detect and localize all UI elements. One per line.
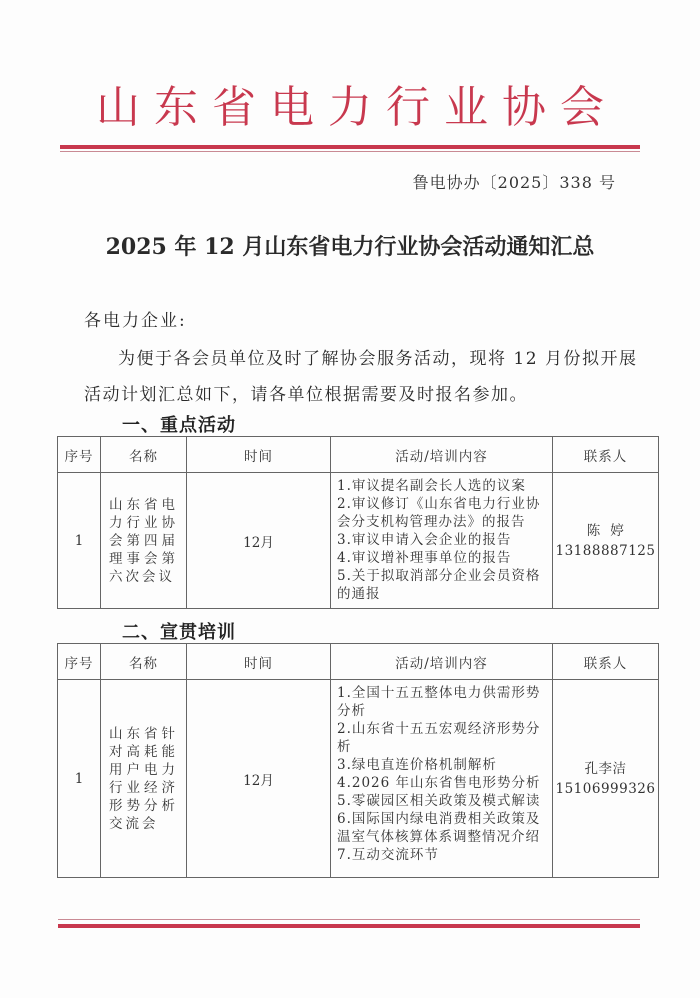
intro-paragraph: 为便于各会员单位及时了解协会服务活动，现将 12 月份拟开展活动计划汇总如下，请… [84,341,644,413]
content-item: 3.审议申请入会企业的报告 [337,531,546,549]
content-item: 4.2026 年山东省售电形势分析 [337,774,546,792]
row-time: 12月 [187,473,331,609]
contact-name: 孔李洁 [553,759,658,779]
table-header-row: 序号 名称 时间 活动/培训内容 联系人 [58,437,659,473]
content-item: 5.零碳园区相关政策及模式解读 [337,792,546,810]
table-header-row: 序号 名称 时间 活动/培训内容 联系人 [58,644,659,680]
content-item: 4.审议增补理事单位的报告 [337,549,546,567]
col-header-contact: 联系人 [553,437,659,473]
col-header-name: 名称 [101,644,187,680]
key-activities-table: 序号 名称 时间 活动/培训内容 联系人 1 山东省电力行业协会第四届理事会第六… [57,436,659,609]
col-header-seq: 序号 [58,644,101,680]
greeting: 各电力企业: [84,306,187,331]
content-item: 5.关于拟取消部分企业会员资格的通报 [337,567,546,603]
row-seq: 1 [58,473,101,609]
col-header-time: 时间 [187,644,331,680]
content-item: 2.山东省十五五宏观经济形势分析 [337,720,546,756]
section-heading-training: 二、宣贯培训 [122,618,236,644]
col-header-contact: 联系人 [553,644,659,680]
contact-phone: 15106999326 [553,779,658,799]
content-item: 1.审议提名副会长人选的议案 [337,477,546,495]
row-time: 12月 [187,680,331,878]
col-header-time: 时间 [187,437,331,473]
row-name: 山东省针对高耗能用户电力行业经济形势分析交流会 [101,680,187,878]
document-title: 2025 年 12 月山东省电力行业协会活动通知汇总 [0,230,700,261]
footer-rule-thick [58,924,640,928]
content-item: 6.国际国内绿电消费相关政策及温室气体核算体系调整情况介绍 [337,810,546,846]
org-masthead: 山东省电力行业协会 [0,78,700,138]
row-content: 1.全国十五五整体电力供需形势分析 2.山东省十五五宏观经济形势分析 3.绿电直… [331,680,553,878]
document-number: 鲁电协办〔2025〕338 号 [413,170,616,193]
table-row: 1 山东省针对高耗能用户电力行业经济形势分析交流会 12月 1.全国十五五整体电… [58,680,659,878]
masthead-rule-thick [60,145,640,149]
masthead-rule-thin [60,151,640,152]
section-heading-key-activities: 一、重点活动 [122,411,236,437]
col-header-name: 名称 [101,437,187,473]
training-table: 序号 名称 时间 活动/培训内容 联系人 1 山东省针对高耗能用户电力行业经济形… [57,643,659,878]
row-contact: 陈 婷 13188887125 [553,473,659,609]
footer-rule-thin [58,919,640,920]
content-item: 7.互动交流环节 [337,846,546,864]
row-content: 1.审议提名副会长人选的议案 2.审议修订《山东省电力行业协会分支机构管理办法》… [331,473,553,609]
content-item: 1.全国十五五整体电力供需形势分析 [337,684,546,720]
table-row: 1 山东省电力行业协会第四届理事会第六次会议 12月 1.审议提名副会长人选的议… [58,473,659,609]
contact-name: 陈 婷 [553,521,658,541]
row-name: 山东省电力行业协会第四届理事会第六次会议 [101,473,187,609]
row-contact: 孔李洁 15106999326 [553,680,659,878]
col-header-content: 活动/培训内容 [331,437,553,473]
row-seq: 1 [58,680,101,878]
col-header-seq: 序号 [58,437,101,473]
col-header-content: 活动/培训内容 [331,644,553,680]
content-item: 2.审议修订《山东省电力行业协会分支机构管理办法》的报告 [337,495,546,531]
content-item: 3.绿电直连价格机制解析 [337,756,546,774]
contact-phone: 13188887125 [553,541,658,561]
